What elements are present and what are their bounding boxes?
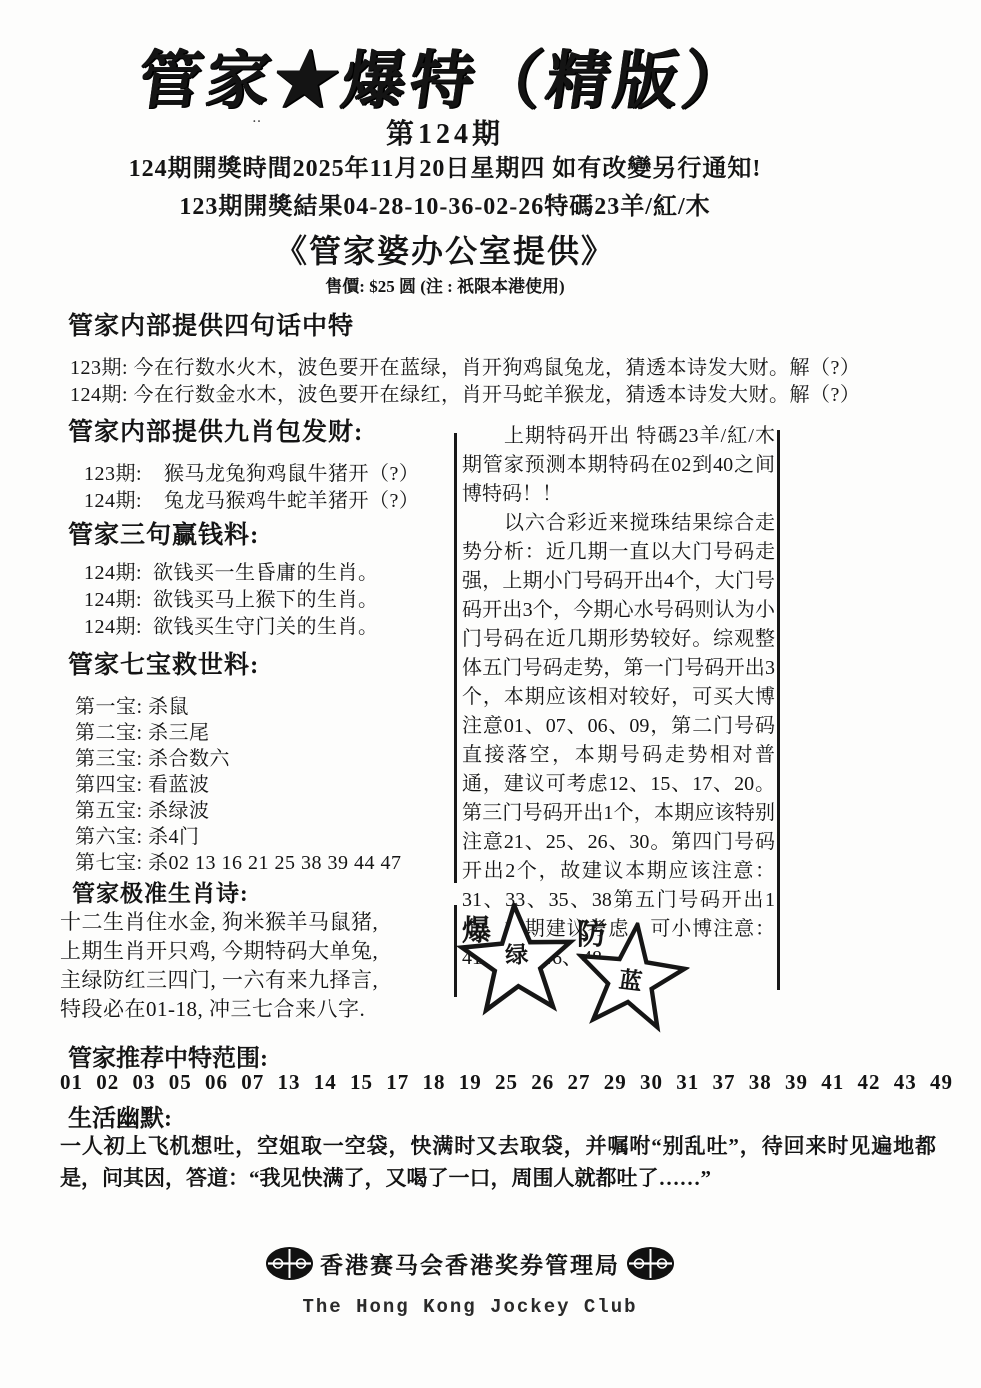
blue-star-char: 蓝 bbox=[617, 961, 644, 997]
column-divider-right bbox=[777, 430, 780, 990]
column-divider-left bbox=[454, 433, 457, 883]
poem-line: 特段必在01-18, 冲三七合来八字. bbox=[60, 993, 365, 1023]
treasure-row: 第六宝: 杀4门 bbox=[75, 820, 200, 849]
three-money-row: 124期: 欲钱买一生昏庸的生肖。 bbox=[84, 556, 379, 585]
blue-star: 蓝 bbox=[568, 915, 695, 1038]
section-heading-nine-zodiac: 管家内部提供九肖包发财: bbox=[68, 412, 363, 448]
three-money-row: 124期: 欲钱买生守门关的生肖。 bbox=[84, 610, 379, 639]
nine-zodiac-row: 123期: 猴马龙兔狗鸡鼠牛猪开（?） bbox=[84, 457, 419, 486]
treasure-row: 第一宝: 杀鼠 bbox=[75, 690, 189, 719]
section-heading-recommend: 管家推荐中特范围: bbox=[68, 1038, 268, 1073]
poem-line: 十二生肖住水金, 狗米猴羊马鼠猪, bbox=[60, 906, 378, 936]
green-star: 绿 bbox=[449, 900, 585, 1021]
section-heading-four-lines: 管家内部提供四句话中特 bbox=[68, 306, 354, 342]
section-heading-zodiac-poem: 管家极准生肖诗: bbox=[72, 875, 249, 908]
treasure-row: 第四宝: 看蓝波 bbox=[75, 768, 210, 797]
three-money-row: 124期: 欲钱买马上猴下的生肖。 bbox=[84, 583, 379, 612]
provider-line: 《管家婆办公室提供》 bbox=[0, 226, 890, 272]
humor-text: 一人初上飞机想吐，空姐取一空袋，快满时又去取袋，并嘱咐“别乱吐”，待回来时见遍地… bbox=[60, 1130, 936, 1194]
jockey-club-logo-right-icon bbox=[626, 1246, 675, 1281]
four-lines-row: 124期: 今在行数金水木，波色要开在绿红，肖开马蛇羊猴龙，猜透本诗发大财。解（… bbox=[70, 378, 860, 407]
footer: 香港赛马会香港奖券管理局 bbox=[0, 1246, 940, 1281]
green-star-char: 绿 bbox=[504, 936, 529, 970]
treasure-row: 第二宝: 杀三尾 bbox=[75, 716, 210, 745]
page-title: 管家★爆特（精版） bbox=[0, 30, 896, 121]
lottery-tip-sheet: 管家★爆特（精版） ‥ 第124期 124期開獎時間2025年11月20日星期四… bbox=[0, 0, 981, 1388]
analysis-column: 上期特码开出 特碼23羊/紅/木期管家预测本期特码在02到40之间博特码！！ 以… bbox=[462, 422, 775, 973]
poem-line: 上期生肖开只鸡, 今期特码大单兔, bbox=[60, 935, 378, 965]
draw-schedule-line: 124期開獎時間2025年11月20日星期四 如有改變另行通知! bbox=[0, 148, 890, 183]
footer-org-name: 香港赛马会香港奖券管理局 bbox=[320, 1247, 620, 1280]
section-heading-three-money: 管家三句赢钱料: bbox=[68, 515, 259, 551]
last-draw-result-line: 123期開獎結果04-28-10-36-02-26特碼23羊/紅/木 bbox=[0, 186, 890, 221]
four-lines-row: 123期: 今在行数水火木，波色要开在蓝绿，肖开狗鸡鼠兔龙，猜透本诗发大财。解（… bbox=[70, 351, 860, 380]
nine-zodiac-row: 124期: 兔龙马猴鸡牛蛇羊猪开（?） bbox=[84, 484, 419, 513]
recommended-numbers: 01 02 03 05 06 07 13 14 15 17 18 19 25 2… bbox=[60, 1070, 953, 1095]
analysis-paragraph-1: 上期特码开出 特碼23羊/紅/木期管家预测本期特码在02到40之间博特码！！ bbox=[462, 422, 775, 509]
section-heading-humor: 生活幽默: bbox=[68, 1098, 172, 1133]
issue-number: 第124期 bbox=[0, 112, 890, 152]
footer-org-name-english: The Hong Kong Jockey Club bbox=[0, 1296, 940, 1318]
treasure-row: 第七宝: 杀02 13 16 21 25 38 39 44 47 bbox=[75, 846, 402, 875]
section-heading-seven-treasures: 管家七宝救世料: bbox=[68, 645, 259, 681]
treasure-row: 第三宝: 杀合数六 bbox=[75, 742, 230, 771]
price-note: 售價: $25 圆 (注 : 祇限本港使用) bbox=[0, 272, 890, 297]
treasure-row: 第五宝: 杀绿波 bbox=[75, 794, 210, 823]
poem-line: 主绿防红三四门, 一六有来九择言, bbox=[60, 964, 378, 994]
jockey-club-logo-left-icon bbox=[265, 1246, 314, 1281]
